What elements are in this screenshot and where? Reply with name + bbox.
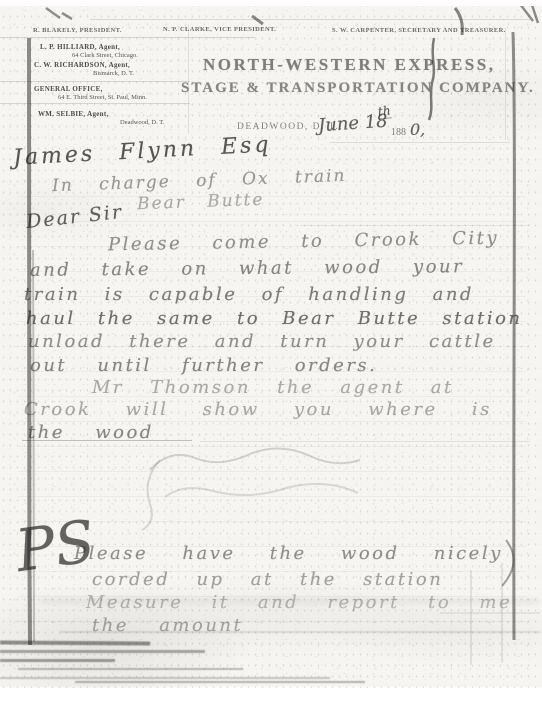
officer-vice-president: N. P. CLARKE, VICE PRESIDENT. — [163, 26, 276, 33]
agent-deadwood-address: Deadwood, D. T. — [120, 119, 164, 126]
body-line-8: Crook will show you where is — [24, 399, 492, 420]
body-line-4: haul the same to Bear Butte station — [26, 308, 523, 329]
scanner-margin-top — [0, 0, 542, 6]
body-line-7: Mr Thomson the agent at — [92, 377, 454, 398]
agent-richardson-address: Bismarck, D. T. — [93, 70, 134, 77]
company-name-line1: NORTH-WESTERN EXPRESS, — [203, 55, 495, 75]
ps-line-2: corded up at the station — [92, 569, 443, 590]
agent-hilliard-address: 64 Clark Street, Chicago. — [72, 52, 138, 59]
agent-hilliard-name: L. P. HILLIARD, Agent, — [40, 43, 120, 51]
officer-president: R. BLAKELY, PRESIDENT. — [33, 27, 122, 34]
dateline-date-suffix: th — [377, 103, 391, 119]
body-line-9: the wood — [28, 422, 154, 443]
ps-line-4: the amount — [92, 615, 243, 636]
agent-richardson-name: C. W. RICHARDSON, Agent, — [34, 61, 130, 69]
agent-deadwood-name: WM. SELBIE, Agent, — [38, 110, 109, 118]
body-line-5: unload there and turn your cattle — [28, 331, 496, 352]
body-line-3: train is capable of handling and — [24, 284, 474, 305]
body-line-6: out until further orders. — [30, 355, 377, 376]
ps-line-1: Please have the wood nicely — [74, 543, 503, 564]
ps-line-3: Measure it and report to me — [86, 592, 512, 613]
general-office-label: GENERAL OFFICE, — [34, 85, 103, 93]
scanner-margin-bottom — [0, 688, 542, 701]
scanned-letter-screenshot: R. BLAKELY, PRESIDENT. N. P. CLARKE, VIC… — [0, 0, 542, 701]
body-line-2: and take on what wood your — [30, 256, 464, 281]
general-office-address: 64 E. Third Street, St. Paul, Minn. — [58, 94, 147, 101]
dateline-year-printed: 188 — [391, 127, 406, 138]
dateline-year-handwritten: 0, — [410, 120, 425, 139]
company-name-line2: STAGE & TRANSPORTATION COMPANY. — [181, 80, 535, 97]
officer-secretary-treasurer: S. W. CARPENTER, SECRETARY AND TREASURER… — [332, 27, 506, 34]
